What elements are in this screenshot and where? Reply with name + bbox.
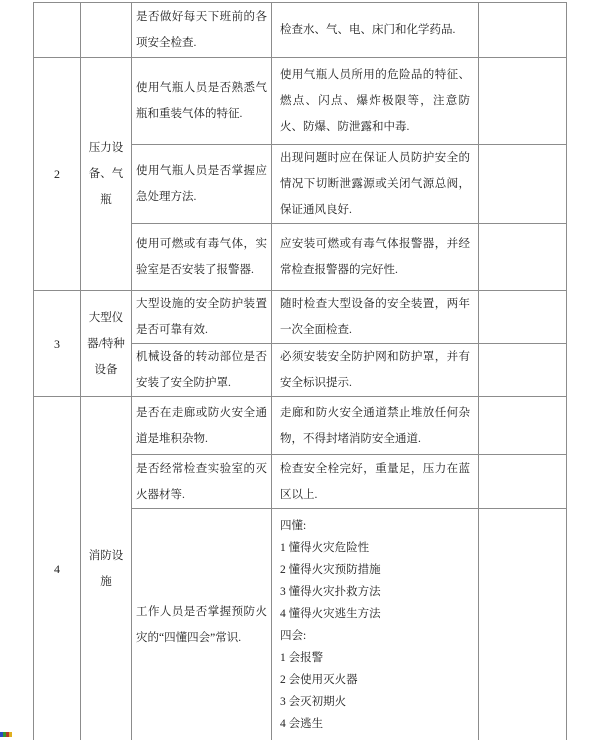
check-item-cell: 使用可燃或有毒气体，实验室是否安装了报警器. <box>132 224 272 291</box>
table-row: 4 消防设施 是否在走廊或防火安全通道是堆积杂物. 走廊和防火安全通道禁止堆放任… <box>34 397 567 455</box>
requirement-cell: 检查水、气、电、床门和化学药品. <box>272 3 479 58</box>
requirement-cell: 四懂: 1 懂得火灾危险性 2 懂得火灾预防措施 3 懂得火灾扑救方法 4 懂得… <box>272 509 479 740</box>
check-item-cell: 大型设施的安全防护装置是否可靠有效. <box>132 291 272 344</box>
result-cell <box>479 145 567 224</box>
check-item-cell: 机械设备的转动部位是否安装了安全防护罩. <box>132 344 272 397</box>
check-item-cell: 使用气瓶人员是否掌握应急处理方法. <box>132 145 272 224</box>
result-cell <box>479 455 567 509</box>
requirement-cell: 走廊和防火安全通道禁止堆放任何杂物，不得封堵消防安全通道. <box>272 397 479 455</box>
table-row: 3 大型仪器/特种设备 大型设施的安全防护装置是否可靠有效. 随时检查大型设备的… <box>34 291 567 344</box>
section-category-cell: 压力设备、气瓶 <box>81 58 132 291</box>
section-number-cell <box>34 3 81 58</box>
section-number-cell: 3 <box>34 291 81 397</box>
requirement-cell: 随时检查大型设备的安全装置，两年一次全面检查. <box>272 291 479 344</box>
safety-inspection-table: 是否做好每天下班前的各项安全检查. 检查水、气、电、床门和化学药品. 2 压力设… <box>33 2 567 740</box>
check-item-cell: 是否做好每天下班前的各项安全检查. <box>132 3 272 58</box>
result-cell <box>479 344 567 397</box>
result-cell <box>479 291 567 344</box>
requirement-cell: 检查安全栓完好，重量足，压力在蓝区以上. <box>272 455 479 509</box>
section-number-cell: 4 <box>34 397 81 740</box>
requirement-cell: 应安装可燃或有毒气体报警器，并经常检查报警器的完好性. <box>272 224 479 291</box>
table-row: 2 压力设备、气瓶 使用气瓶人员是否熟悉气瓶和重装气体的特征. 使用气瓶人员所用… <box>34 58 567 145</box>
scan-artifact-mark <box>0 732 12 737</box>
result-cell <box>479 3 567 58</box>
result-cell <box>479 58 567 145</box>
check-item-cell: 是否经常检查实验室的灭火器材等. <box>132 455 272 509</box>
section-category-cell <box>81 3 132 58</box>
section-category-cell: 消防设施 <box>81 397 132 740</box>
requirement-cell: 必须安装安全防护网和防护罩，并有安全标识提示. <box>272 344 479 397</box>
result-cell <box>479 224 567 291</box>
table-row: 是否做好每天下班前的各项安全检查. 检查水、气、电、床门和化学药品. <box>34 3 567 58</box>
requirement-cell: 使用气瓶人员所用的危险品的特征、燃点、闪点、爆炸极限等，注意防火、防爆、防泄露和… <box>272 58 479 145</box>
result-cell <box>479 509 567 740</box>
check-item-cell: 工作人员是否掌握预防火灾的“四懂四会”常识. <box>132 509 272 740</box>
check-item-cell: 使用气瓶人员是否熟悉气瓶和重装气体的特征. <box>132 58 272 145</box>
result-cell <box>479 397 567 455</box>
section-number-cell: 2 <box>34 58 81 291</box>
requirement-cell: 出现问题时应在保证人员防护安全的情况下切断泄露源或关闭气源总阀，保证通风良好. <box>272 145 479 224</box>
section-category-cell: 大型仪器/特种设备 <box>81 291 132 397</box>
check-item-cell: 是否在走廊或防火安全通道是堆积杂物. <box>132 397 272 455</box>
